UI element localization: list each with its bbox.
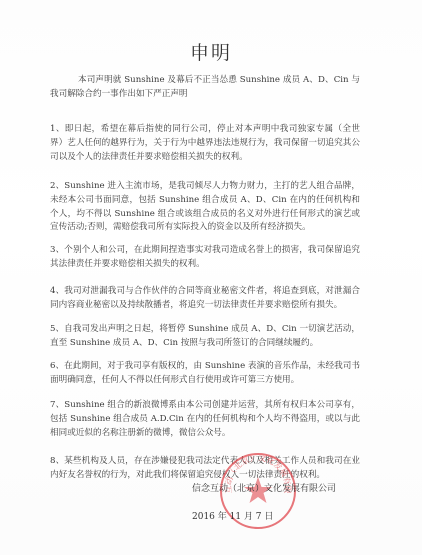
document-title: 申明 xyxy=(0,38,422,65)
document-date: 2016 年 11 月 7 日 xyxy=(192,509,273,522)
clause-7: 7、Sunshine 组合的新浪微博系由本公司创建并运营，其所有权归本公司享有，… xyxy=(50,399,360,440)
company-signature: 信念互动（北京）文化发展有限公司 xyxy=(192,481,336,494)
clause-2: 2、Sunshine 进入主流市场，是我司倾尽人力物力财力，主打的艺人组合品牌，… xyxy=(50,180,360,235)
clause-1: 1、即日起，希望在幕后指使的同行公司，停止对本声明中我司独家专属（全世界）艺人任… xyxy=(50,123,360,164)
document-page: 申明 本司声明就 Sunshine 及幕后不正当怂恿 Sunshine 成员 A… xyxy=(0,0,422,555)
clause-3: 3、个别个人和公司，在此期间捏造事实对我司造成名誉上的损害，我司保留追究其法律责… xyxy=(50,244,360,272)
clause-5: 5、自我司发出声明之日起，将暂停 Sunshine 成员 A、D、Cin 一切演… xyxy=(50,323,360,351)
clause-8: 8、某些机构及人员，存在涉嫌侵犯我司法定代表人以及相关工作人员和我司在业内好友名… xyxy=(50,455,360,483)
clause-6: 6、在此期间，对于我司享有版权的，由 Sunshine 表演的音乐作品，未经我司… xyxy=(50,360,360,388)
clause-4: 4、我司对泄漏我司与合作伙伴的合同等商业秘密文件者，将追查到底，对泄漏合同内容商… xyxy=(50,285,360,313)
intro-paragraph: 本司声明就 Sunshine 及幕后不正当怂恿 Sunshine 成员 A、D、… xyxy=(50,73,360,101)
